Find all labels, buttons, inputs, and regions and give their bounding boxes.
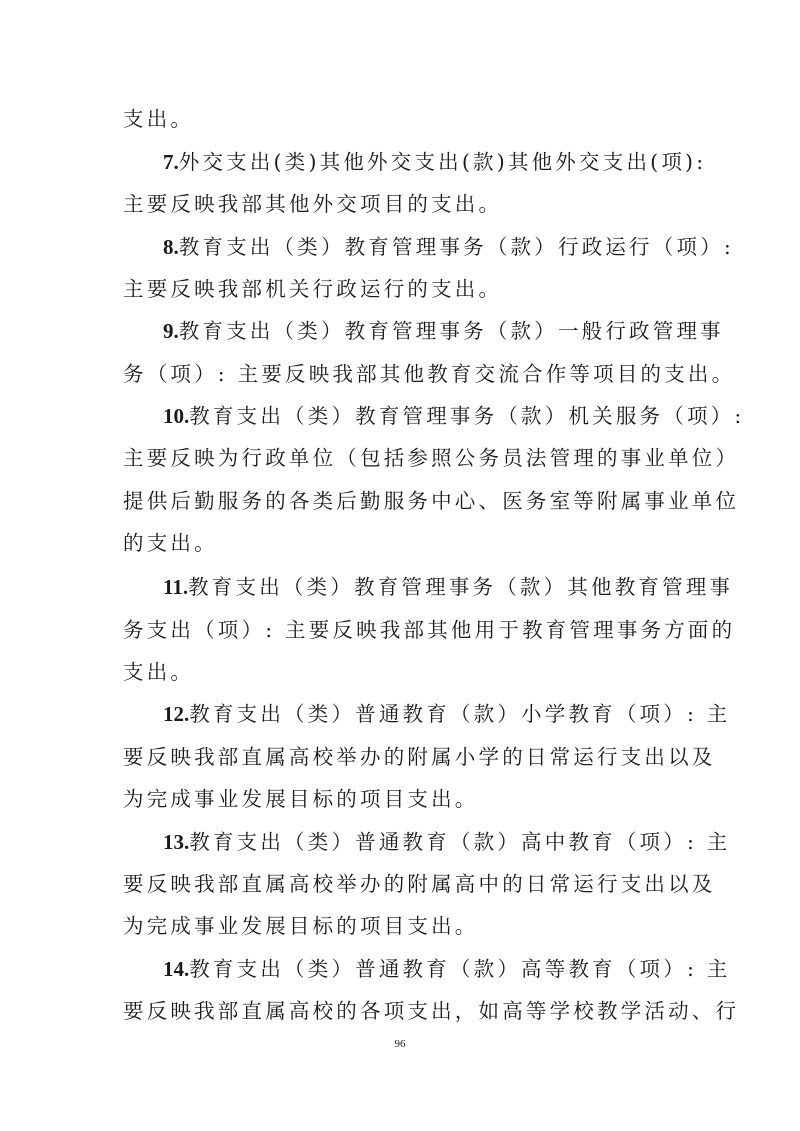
item-number: 9. (163, 319, 179, 343)
text-line: 的支出。 (123, 529, 683, 557)
line-text: 教育支出（类）普通教育（款）高中教育（项）: 主 (189, 830, 730, 854)
page-number: 96 (0, 1038, 800, 1050)
item-heading-9: 9.教育支出（类）教育管理事务（款）一般行政管理事 (163, 317, 723, 345)
line-text: 教育支出（类）教育管理事务（款）一般行政管理事 (179, 319, 724, 343)
line-text: 要反映我部直属高校举办的附属小学的日常运行支出以及 (123, 745, 716, 769)
line-text: 要反映我部直属高校举办的附属高中的日常运行支出以及 (123, 872, 716, 896)
line-text: 主要反映我部机关行政运行的支出。 (123, 277, 502, 301)
item-heading-14: 14.教育支出（类）普通教育（款）高等教育（项）: 主 (163, 955, 723, 983)
text-line: 主要反映为行政单位（包括参照公务员法管理的事业单位） (123, 444, 683, 472)
text-line: 要反映我部直属高校举办的附属高中的日常运行支出以及 (123, 870, 683, 898)
line-text: 的支出。 (123, 531, 218, 555)
item-number: 8. (163, 235, 179, 259)
line-text: 支出。 (123, 107, 194, 131)
item-number: 13. (163, 830, 189, 854)
text-line: 主要反映我部其他外交项目的支出。 (123, 190, 683, 218)
text-line: 为完成事业发展目标的项目支出。 (123, 785, 683, 813)
line-text: 教育支出（类）普通教育（款）小学教育（项）: 主 (189, 702, 730, 726)
text-line: 要反映我部直属高校的各项支出，如高等学校教学活动、行 (123, 997, 683, 1025)
item-heading-10: 10.教育支出（类）教育管理事务（款）机关服务（项）: (163, 402, 723, 430)
line-text: 要反映我部直属高校的各项支出，如高等学校教学活动、行 (123, 999, 739, 1023)
line-text: 教育支出（类）教育管理事务（款）行政运行（项）: (179, 235, 734, 259)
line-text: 外交支出(类)其他外交支出(款)其他外交支出(项): (179, 150, 707, 174)
item-number: 7. (163, 150, 179, 174)
item-heading-7: 7.外交支出(类)其他外交支出(款)其他外交支出(项): (163, 148, 723, 176)
line-text: 务支出（项）: 主要反映我部其他用于教育管理事务方面的 (123, 618, 735, 642)
text-line: 为完成事业发展目标的项目支出。 (123, 912, 683, 940)
text-line: 主要反映我部机关行政运行的支出。 (123, 275, 683, 303)
line-text: 教育支出（类）教育管理事务（款）机关服务（项）: (189, 404, 744, 428)
text-line: 务支出（项）: 主要反映我部其他用于教育管理事务方面的 (123, 616, 683, 644)
text-line: 务（项）: 主要反映我部其他教育交流合作等项目的支出。 (123, 360, 683, 388)
text-line: 支出。 (123, 105, 683, 133)
text-line: 支出。 (123, 658, 683, 686)
line-text: 务（项）: 主要反映我部其他教育交流合作等项目的支出。 (123, 362, 735, 386)
line-text: 为完成事业发展目标的项目支出。 (123, 787, 479, 811)
text-line: 提供后勤服务的各类后勤服务中心、医务室等附属事业单位 (123, 487, 683, 515)
line-text: 教育支出（类）教育管理事务（款）其他教育管理事 (188, 575, 733, 599)
document-page: 支出。 7.外交支出(类)其他外交支出(款)其他外交支出(项): 主要反映我部其… (0, 0, 800, 1131)
line-text: 提供后勤服务的各类后勤服务中心、医务室等附属事业单位 (123, 489, 739, 513)
item-number: 10. (163, 404, 189, 428)
line-text: 主要反映我部其他外交项目的支出。 (123, 192, 502, 216)
item-number: 14. (163, 957, 189, 981)
line-text: 支出。 (123, 660, 194, 684)
line-text: 主要反映为行政单位（包括参照公务员法管理的事业单位） (123, 446, 739, 470)
item-heading-8: 8.教育支出（类）教育管理事务（款）行政运行（项）: (163, 233, 723, 261)
line-text: 教育支出（类）普通教育（款）高等教育（项）: 主 (189, 957, 730, 981)
item-heading-12: 12.教育支出（类）普通教育（款）小学教育（项）: 主 (163, 700, 723, 728)
item-heading-13: 13.教育支出（类）普通教育（款）高中教育（项）: 主 (163, 828, 723, 856)
item-heading-11: 11.教育支出（类）教育管理事务（款）其他教育管理事 (163, 573, 723, 601)
item-number: 11. (163, 575, 188, 599)
text-line: 要反映我部直属高校举办的附属小学的日常运行支出以及 (123, 743, 683, 771)
item-number: 12. (163, 702, 189, 726)
line-text: 为完成事业发展目标的项目支出。 (123, 914, 479, 938)
